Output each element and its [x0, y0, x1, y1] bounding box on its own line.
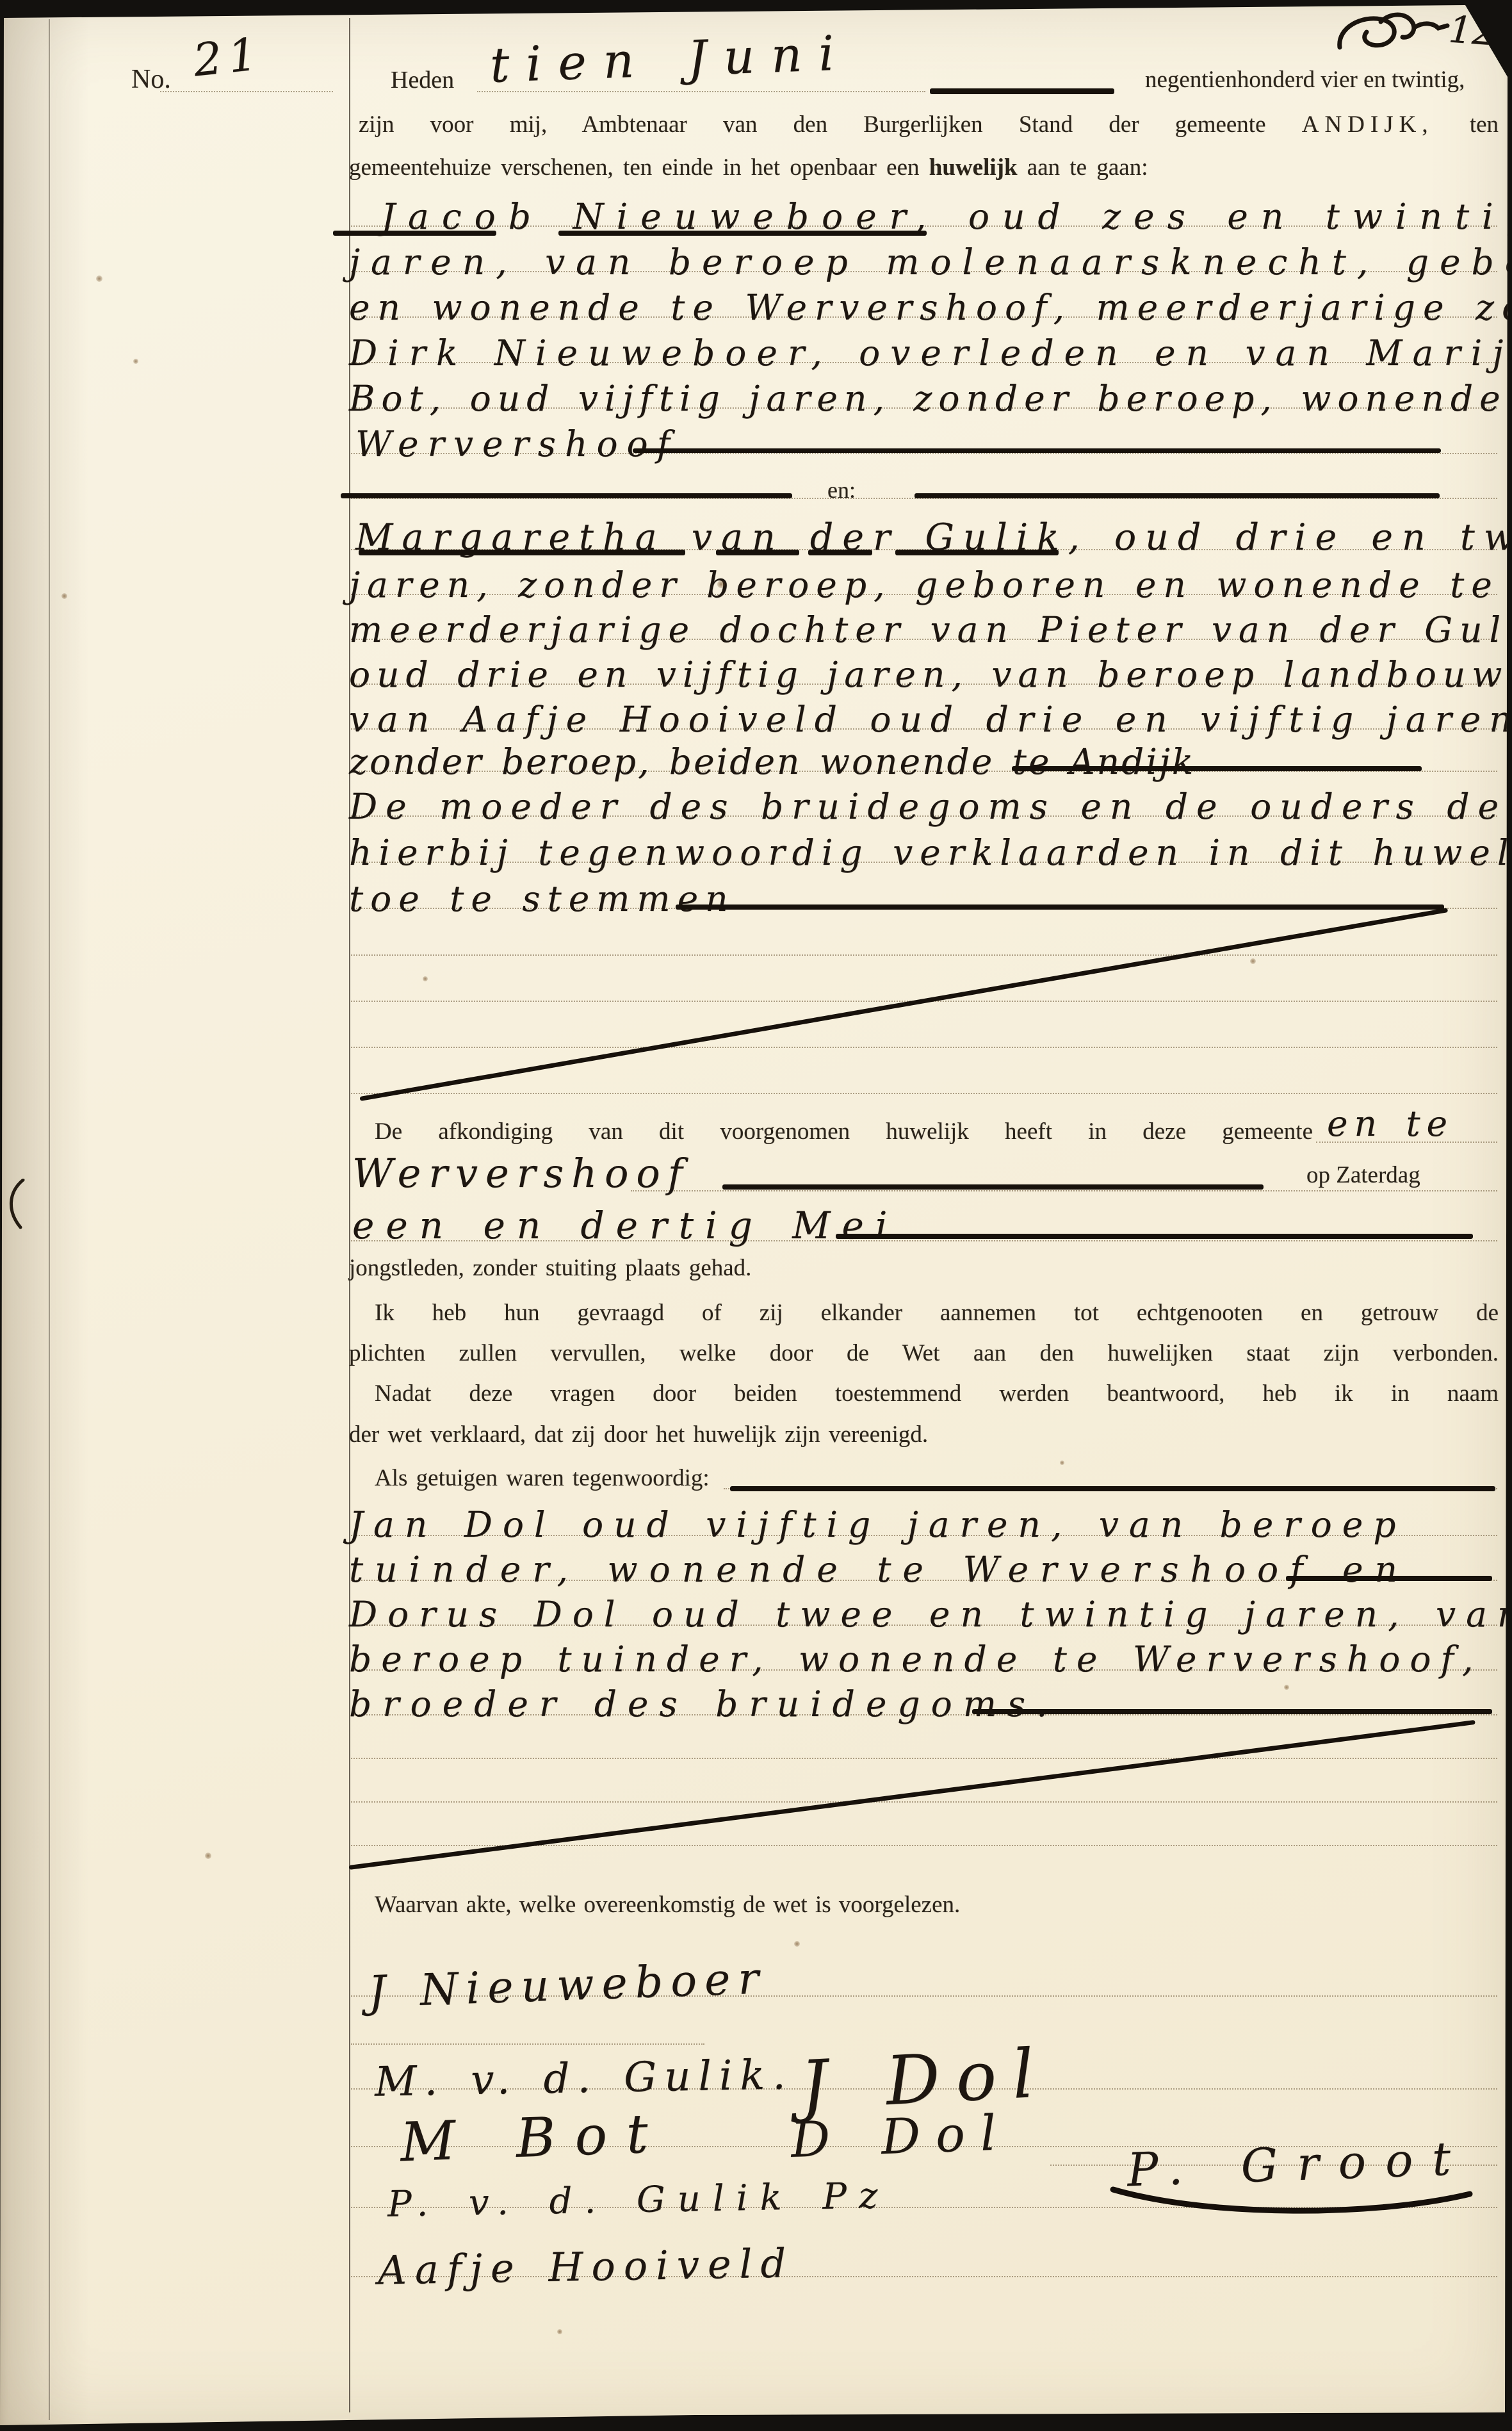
name-underline	[558, 231, 927, 236]
witness-line: beroep tuinder, wonende te Wervershoof, …	[349, 1639, 1512, 1680]
foxing-spot	[1060, 1461, 1064, 1465]
afkondiging-date: een en dertig Mei	[352, 1204, 898, 1247]
ruled-dotted-line	[160, 91, 333, 92]
signature-bride: M. v. d. Gulik.	[374, 2051, 793, 2106]
left-edge-rule	[49, 19, 50, 2420]
foxing-spot	[205, 1853, 211, 1859]
bride-line: jaren, zonder beroep, geboren en wonende…	[349, 564, 1512, 605]
margin-rule	[349, 18, 350, 2412]
paper-sheet: No. 21 12 Heden tien Juni negentienhonde…	[0, 0, 1512, 2431]
signature-groom: J Nieuweboer	[368, 1953, 767, 2018]
ink-line	[722, 1184, 1264, 1190]
foxing-spot	[133, 359, 138, 364]
foxing-spot	[557, 2329, 562, 2334]
groom-line: Jacob Nieuweboer, oud zes en twintig	[381, 196, 1512, 237]
ruled-dotted-line	[351, 1047, 1497, 1048]
groom-line: Wervershoof	[355, 423, 679, 464]
scanned-marriage-certificate: No. 21 12 Heden tien Juni negentienhonde…	[0, 0, 1512, 2431]
witness-line: broeder des bruidegoms.	[349, 1683, 1059, 1724]
afkondiging-place: Wervershoof	[352, 1150, 690, 1197]
ink-line	[915, 493, 1440, 498]
huwelijk-word: huwelijk	[929, 154, 1018, 181]
groom-line: en wonende te Wervershoof, meerderjarige…	[349, 287, 1512, 328]
foxing-spot	[423, 976, 428, 981]
ink-line	[1012, 766, 1422, 771]
diagonal-strike-line	[359, 908, 1448, 1101]
name-underline	[333, 231, 496, 236]
margin-ink-mark	[4, 1179, 29, 1230]
ruled-dotted-line	[351, 954, 1497, 956]
intro-line3-end: aan te gaan:	[1027, 154, 1148, 181]
name-underline	[359, 550, 685, 555]
foxing-spot	[61, 593, 67, 599]
foxing-spot	[717, 580, 725, 588]
intro-heden: Heden	[391, 66, 454, 94]
ink-line	[836, 1234, 1473, 1239]
page-number: 12	[1447, 8, 1497, 54]
foxing-spot	[794, 1941, 800, 1947]
intro-year: negentienhonderd vier en twintig,	[1145, 66, 1465, 94]
groom-line: Dirk Nieuweboer, overleden en van Marijt…	[349, 332, 1512, 373]
witness-line: Dorus Dol oud twee en twintig jaren, van	[349, 1594, 1512, 1635]
consent-line: hierbij tegenwoordig verklaarden in dit …	[349, 832, 1512, 873]
name-underline	[716, 550, 799, 555]
registrar-paraph-icon	[1331, 8, 1459, 65]
foxing-spot	[96, 275, 102, 282]
name-underline	[895, 550, 1059, 555]
intro-line2-text: zijn voor mij, Ambtenaar van den Burgerl…	[359, 111, 1266, 138]
vow-line: der wet verklaard, dat zij door het huwe…	[349, 1421, 928, 1448]
ruled-dotted-line	[351, 1801, 1497, 1803]
ruled-dotted-line	[351, 1093, 1497, 1094]
act-number: 21	[191, 28, 266, 87]
intro-line2-end: ten	[1470, 111, 1499, 138]
foxing-spot	[1284, 1685, 1289, 1690]
groom-line: Bot, oud vijftig jaren, zonder beroep, w…	[349, 378, 1512, 419]
op-zaterdag: op Zaterdag	[1306, 1161, 1420, 1189]
vow-line: Ik heb hun gevraagd of zij elkander aann…	[375, 1299, 1499, 1327]
bride-line: zonder beroep, beiden wonende te Andijk	[349, 741, 1195, 782]
witness-line: Jan Dol oud vijftig jaren, van beroep	[349, 1504, 1406, 1545]
witness-line: tuinder, wonende te Wervershoof en	[349, 1549, 1409, 1590]
foxing-spot	[1250, 958, 1256, 964]
ink-line	[676, 904, 1444, 910]
intro-line3: gemeentehuize verschenen, ten einde in h…	[349, 154, 1148, 181]
ink-line	[972, 1709, 1492, 1714]
ink-line	[1286, 1576, 1492, 1581]
afkondiging-line1: De afkondiging van dit voorgenomen huwel…	[375, 1118, 1313, 1145]
ink-line	[633, 448, 1441, 453]
signature-father-bride: P. v. d. Gulik Pz	[387, 2175, 890, 2225]
bride-line: oud drie en vijftig jaren, van beroep la…	[349, 654, 1512, 695]
no-label: No.	[131, 64, 171, 95]
intro-line3-text: gemeentehuize verschenen, ten einde in h…	[349, 154, 920, 181]
ruled-dotted-line	[351, 1758, 1497, 1759]
gemeente-name: ANDIJK,	[1302, 111, 1434, 138]
bride-line: van Aafje Hooiveld oud drie en vijftig j…	[349, 699, 1512, 740]
name-underline	[808, 550, 872, 555]
vow-line: Nadat deze vragen door beiden toestemmen…	[375, 1380, 1499, 1407]
ink-line	[341, 493, 792, 498]
jongstleden-line: jongstleden, zonder stuiting plaats geha…	[349, 1254, 751, 1282]
ruled-dotted-line	[631, 1190, 1497, 1191]
marriage-date-handwritten: tien Juni	[489, 24, 852, 94]
registrar-flourish	[1108, 2178, 1479, 2223]
ink-line	[930, 88, 1114, 94]
closing-line: Waarvan akte, welke overeenkomstig de we…	[375, 1891, 960, 1919]
diagonal-strike-line	[349, 1720, 1475, 1870]
connector-en: en:	[827, 477, 856, 503]
intro-line2: zijn voor mij, Ambtenaar van den Burgerl…	[359, 111, 1499, 138]
groom-line: jaren, van beroep molenaarsknecht, gebor…	[349, 241, 1512, 282]
vow-line: plichten zullen vervullen, welke door de…	[349, 1339, 1499, 1367]
ink-line	[730, 1486, 1495, 1491]
consent-line: toe te stemmen	[349, 878, 735, 919]
ruled-dotted-line	[351, 2043, 704, 2045]
signature-witness2: D Dol	[790, 2104, 1012, 2168]
signature-mother-bride: Aafje Hooiveld	[377, 2239, 794, 2293]
consent-line: De moeder des bruidegoms en de ouders de…	[349, 786, 1512, 827]
afkondiging-ente: en te	[1327, 1103, 1454, 1144]
signature-mother-groom: M Bot	[399, 2102, 668, 2173]
witnesses-label: Als getuigen waren tegenwoordig:	[375, 1464, 710, 1492]
bride-line: meerderjarige dochter van Pieter van der…	[349, 609, 1512, 650]
